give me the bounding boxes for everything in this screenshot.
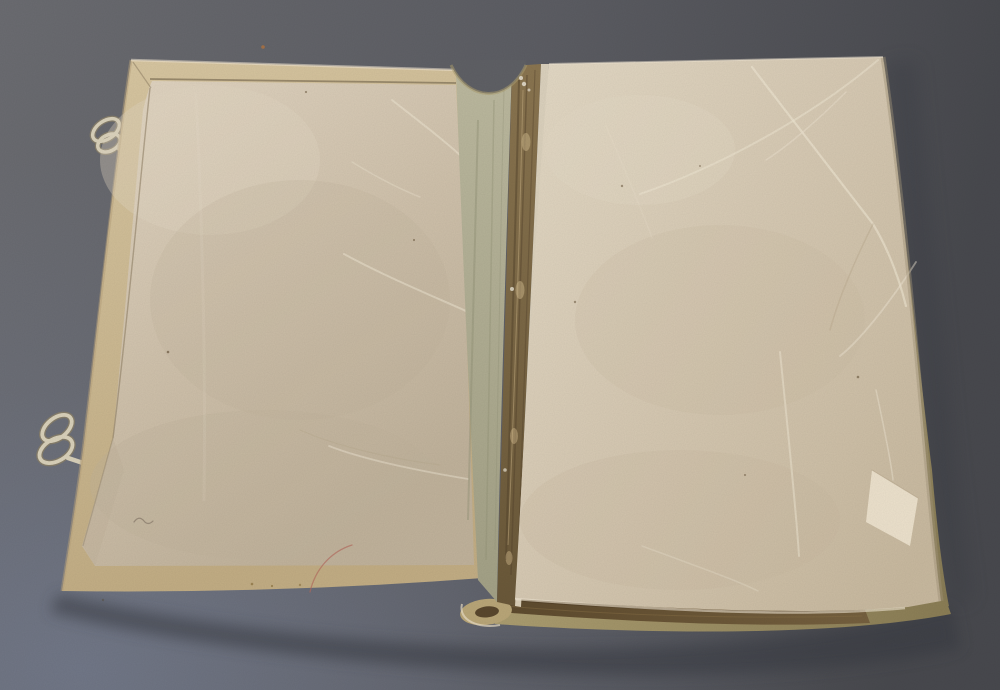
photo-antique-book (0, 0, 1000, 690)
photo-grain-overlay (0, 0, 1000, 690)
book-photo-canvas (0, 0, 1000, 690)
